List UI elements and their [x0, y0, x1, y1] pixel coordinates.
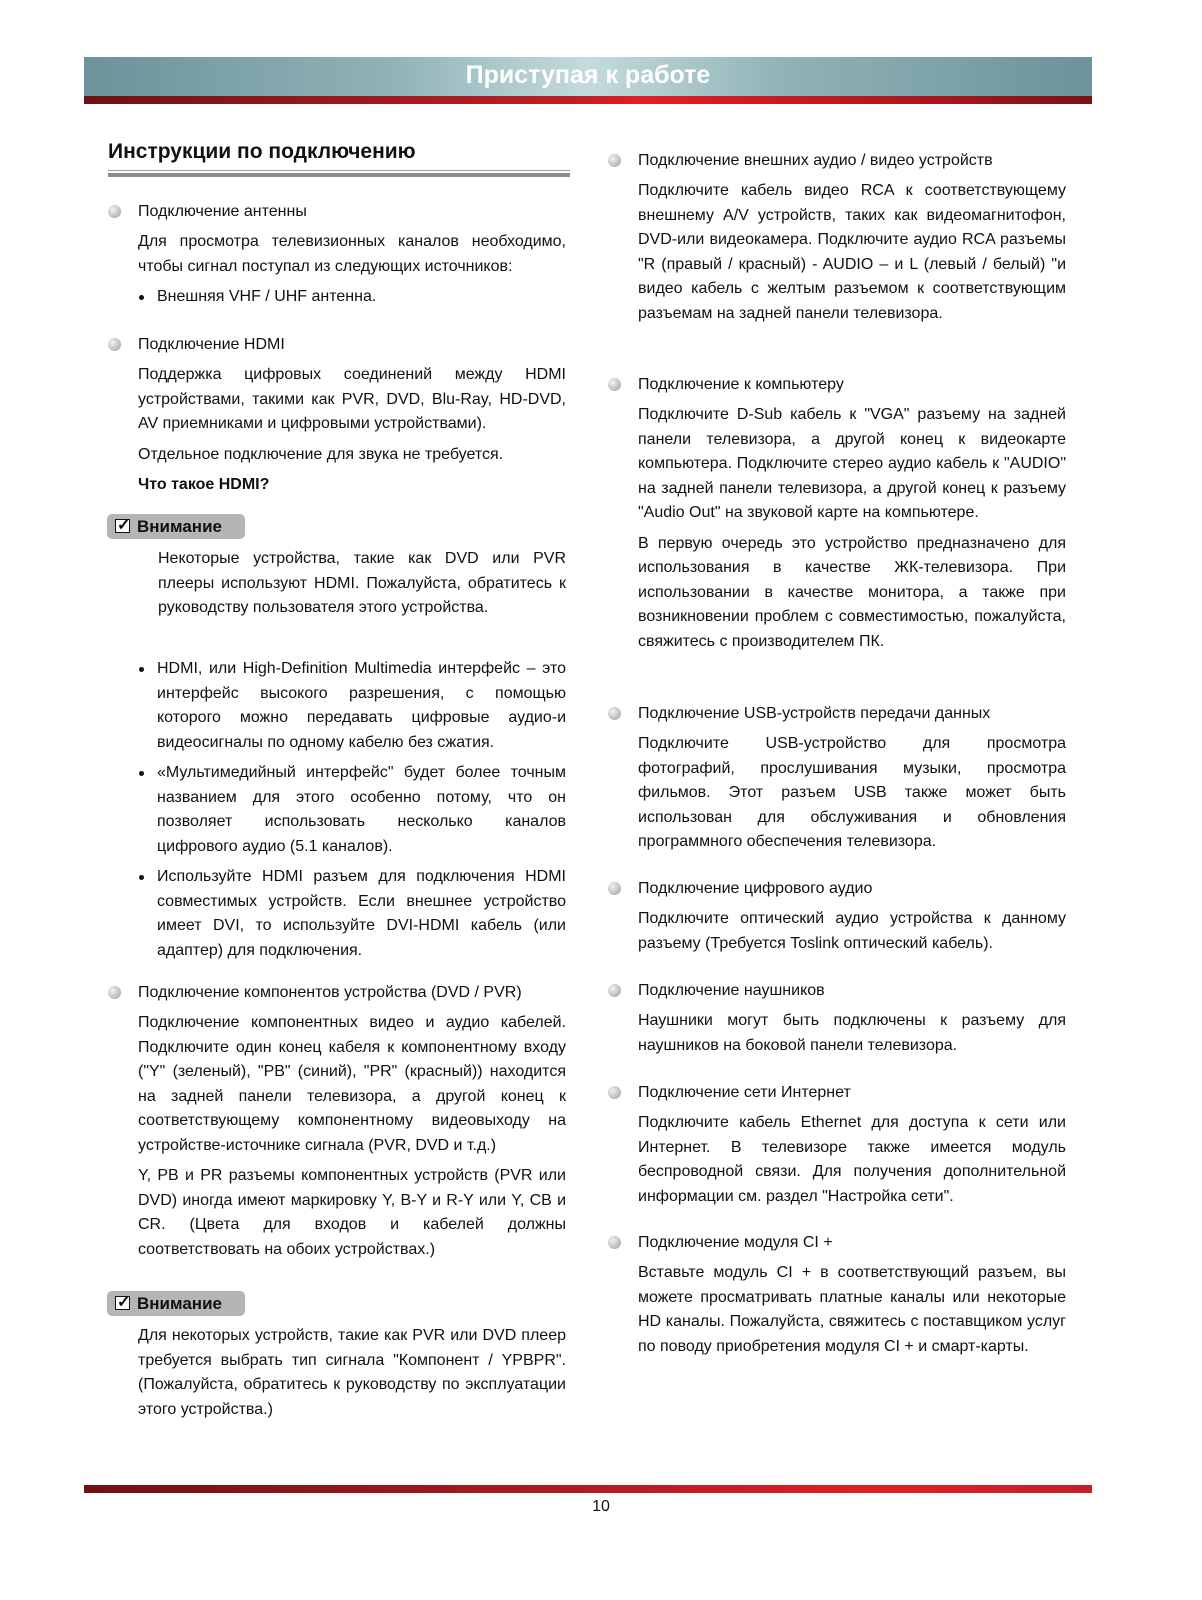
gray-bullet-icon	[608, 882, 621, 895]
hdmi-text-1: Поддержка цифровых соединений между HDMI…	[138, 363, 566, 437]
gray-bullet-icon	[608, 378, 621, 391]
gray-bullet-icon	[608, 154, 621, 167]
section-component: Подключение компонентов устройства (DVD …	[108, 981, 566, 1262]
heading-hdmi: Подключение HDMI	[108, 333, 566, 357]
heading-ci: Подключение модуля CI +	[608, 1231, 1066, 1255]
section-digital-audio: Подключение цифрового аудио Подключите о…	[608, 877, 1066, 956]
note-text-1: Некоторые устройства, такие как DVD или …	[158, 547, 566, 621]
heading-text: Подключение внешних аудио / видео устрой…	[638, 152, 993, 169]
heading-text: Подключение сети Интернет	[638, 1084, 851, 1101]
section-usb: Подключение USB-устройств передачи данны…	[608, 702, 1066, 855]
hdmi-text-2: Отдельное подключение для звука не требу…	[138, 443, 566, 468]
heading-digital-audio: Подключение цифрового аудио	[608, 877, 1066, 901]
heading-text: Подключение наушников	[638, 982, 825, 999]
note-text-2: Для некоторых устройств, такие как PVR и…	[138, 1324, 566, 1422]
antenna-list: Внешняя VHF / UHF антенна.	[138, 285, 566, 310]
digital-audio-text: Подключите оптический аудио устройства к…	[638, 907, 1066, 956]
gray-bullet-icon	[608, 1236, 621, 1249]
section-av: Подключение внешних аудио / видео устрой…	[608, 149, 1066, 326]
note-badge: Внимание	[107, 514, 245, 539]
internet-text: Подключите кабель Ethernet для доступа к…	[638, 1111, 1066, 1209]
header-red-rule	[84, 96, 1092, 104]
section-title-rule	[108, 170, 570, 177]
section-pc: Подключение к компьютеру Подключите D-Su…	[608, 373, 1066, 654]
checkbox-pen-icon	[115, 519, 130, 533]
heading-text: Подключение цифрового аудио	[638, 880, 872, 897]
heading-text: Подключение к компьютеру	[638, 376, 844, 393]
list-item: Используйте HDMI разъем для подключения …	[138, 865, 566, 963]
pc-text-1: Подключите D-Sub кабель к "VGA" разъему …	[638, 403, 1066, 526]
heading-text: Подключение HDMI	[138, 336, 285, 353]
usb-text: Подключите USB-устройство для просмотра …	[638, 732, 1066, 855]
component-text-2: Y, PB и PR разъемы компонентных устройст…	[138, 1164, 566, 1262]
note-label: Внимание	[137, 1294, 222, 1313]
heading-text: Подключение модуля CI +	[638, 1234, 833, 1251]
note-label: Внимание	[137, 517, 222, 536]
pc-text-2: В первую очередь это устройство предназн…	[638, 532, 1066, 655]
gray-bullet-icon	[608, 707, 621, 720]
hdmi-info-list: HDMI, или High-Definition Multimedia инт…	[138, 657, 566, 969]
heading-text: Подключение антенны	[138, 203, 307, 220]
section-headphones: Подключение наушников Наушники могут быт…	[608, 979, 1066, 1058]
component-text-1: Подключение компонентных видео и аудио к…	[138, 1011, 566, 1158]
heading-headphones: Подключение наушников	[608, 979, 1066, 1003]
headphones-text: Наушники могут быть подключены к разъему…	[638, 1009, 1066, 1058]
heading-text: Подключение USB-устройств передачи данны…	[638, 705, 990, 722]
heading-antenna: Подключение антенны	[108, 200, 566, 224]
what-is-hdmi: Что такое HDMI?	[138, 473, 566, 498]
gray-bullet-icon	[108, 338, 121, 351]
heading-internet: Подключение сети Интернет	[608, 1081, 1066, 1105]
gray-bullet-icon	[108, 205, 121, 218]
section-antenna: Подключение антенны Для просмотра телеви…	[108, 200, 566, 316]
heading-text: Подключение компонентов устройства (DVD …	[138, 984, 522, 1001]
chapter-title: Приступая к работе	[84, 61, 1092, 90]
av-text: Подключите кабель видео RCA к соответств…	[638, 179, 1066, 326]
section-ci: Подключение модуля CI + Вставьте модуль …	[608, 1231, 1066, 1359]
section-title: Инструкции по подключению	[108, 140, 416, 164]
heading-pc: Подключение к компьютеру	[608, 373, 1066, 397]
note-badge: Внимание	[107, 1291, 245, 1316]
gray-bullet-icon	[108, 986, 121, 999]
section-hdmi: Подключение HDMI Поддержка цифровых соед…	[108, 333, 566, 498]
ci-text: Вставьте модуль CI + в соответствующий р…	[638, 1261, 1066, 1359]
list-item: HDMI, или High-Definition Multimedia инт…	[138, 657, 566, 755]
heading-av: Подключение внешних аудио / видео устрой…	[608, 149, 1066, 173]
heading-component: Подключение компонентов устройства (DVD …	[108, 981, 566, 1005]
chapter-header-band: Приступая к работе	[84, 57, 1092, 96]
list-item: Внешняя VHF / UHF антенна.	[138, 285, 566, 310]
section-internet: Подключение сети Интернет Подключите каб…	[608, 1081, 1066, 1209]
antenna-text: Для просмотра телевизионных каналов необ…	[138, 230, 566, 279]
list-item: «Мультимедийный интерфейс" будет более т…	[138, 761, 566, 859]
gray-bullet-icon	[608, 1086, 621, 1099]
footer-red-rule	[84, 1485, 1092, 1493]
page-number: 10	[0, 1498, 1202, 1516]
checkbox-pen-icon	[115, 1296, 130, 1310]
gray-bullet-icon	[608, 984, 621, 997]
heading-usb: Подключение USB-устройств передачи данны…	[608, 702, 1066, 726]
